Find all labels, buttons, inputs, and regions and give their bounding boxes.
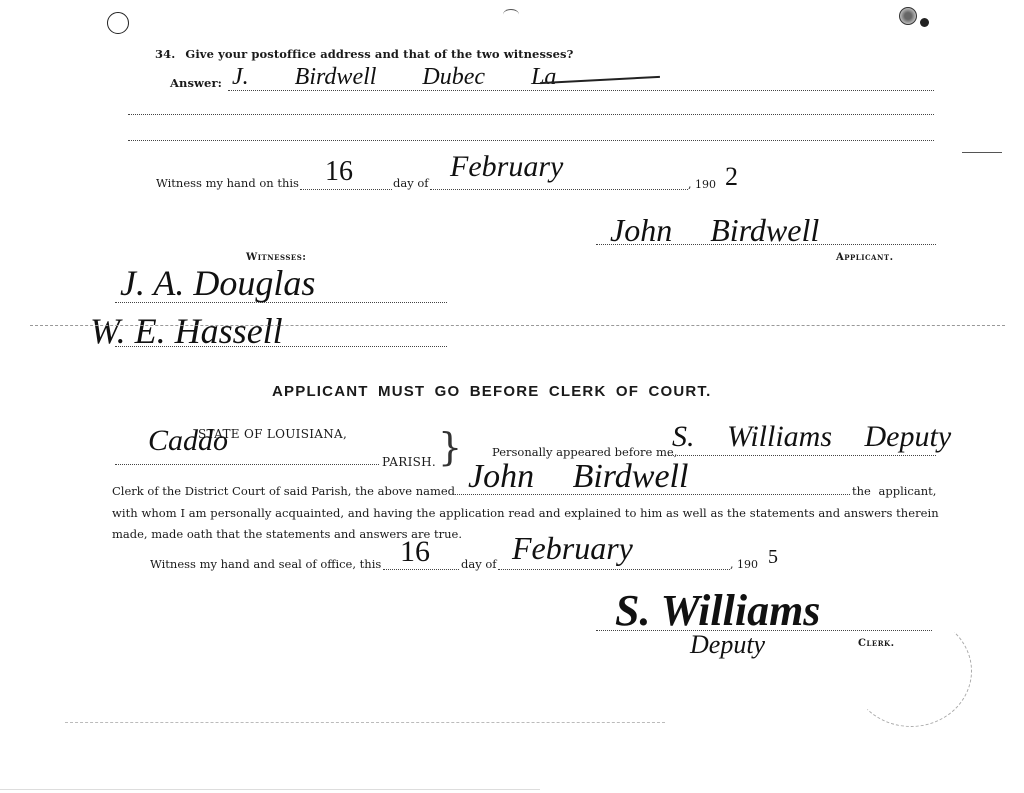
clerk-line-1-end: the applicant, bbox=[852, 484, 936, 498]
margin-mark bbox=[962, 152, 1002, 153]
applicant-year-suffix[interactable]: 2 bbox=[725, 162, 738, 192]
question-number: 34. bbox=[155, 47, 175, 61]
answer-line-2 bbox=[128, 114, 934, 115]
clerk-day-of-label: day of bbox=[461, 557, 497, 571]
clerk-day-line bbox=[383, 569, 459, 570]
applicant-year-prefix: , 190 bbox=[688, 178, 716, 191]
parish-line bbox=[115, 464, 379, 465]
applicant-name[interactable]: John Birdwell bbox=[468, 458, 688, 496]
applicant-day-line bbox=[300, 189, 392, 190]
stamp-mark bbox=[899, 7, 917, 25]
answer-label: Answer: bbox=[170, 76, 222, 90]
applicant-witness-prefix: Witness my hand on this bbox=[156, 176, 299, 190]
applicant-day[interactable]: 16 bbox=[325, 156, 353, 188]
question-34: 34. Give your postoffice address and tha… bbox=[155, 47, 573, 61]
official-name-line bbox=[668, 455, 936, 456]
clerk-line-1: Clerk of the District Court of said Pari… bbox=[112, 484, 455, 498]
answer-line-3 bbox=[128, 140, 934, 141]
appeared-before-label: Personally appeared before me, bbox=[492, 445, 677, 459]
perforation-line bbox=[30, 325, 1005, 326]
question-text: Give your postoffice address and that of… bbox=[185, 47, 573, 61]
bottom-edge bbox=[0, 789, 540, 790]
clerk-day[interactable]: 16 bbox=[400, 535, 430, 569]
applicant-month[interactable]: February bbox=[450, 150, 563, 184]
bottom-perforation-line bbox=[65, 722, 665, 723]
applicant-signature-line bbox=[596, 244, 936, 245]
answer-value[interactable]: J. Birdwell Dubec La bbox=[232, 64, 556, 91]
ink-arc-mark bbox=[503, 9, 519, 20]
clerk-signature-subtitle[interactable]: Deputy bbox=[690, 630, 765, 660]
clerk-year-suffix[interactable]: 5 bbox=[768, 546, 778, 569]
applicant-day-of-label: day of bbox=[393, 176, 429, 190]
applicant-month-line bbox=[430, 189, 688, 190]
parish-label: PARISH. bbox=[382, 455, 436, 469]
applicant-label: Applicant. bbox=[836, 252, 894, 263]
brace: } bbox=[438, 425, 462, 469]
punch-hole bbox=[107, 12, 129, 34]
answer-stroke bbox=[540, 76, 660, 84]
parish-value[interactable]: Caddo bbox=[148, 424, 228, 458]
section-heading: APPLICANT MUST GO BEFORE CLERK OF COURT. bbox=[272, 383, 712, 400]
official-name[interactable]: S. Williams Deputy bbox=[672, 420, 951, 454]
clerk-signature[interactable]: S. Williams bbox=[615, 585, 820, 636]
seal-impression bbox=[850, 615, 972, 727]
witness-signature-1[interactable]: J. A. Douglas bbox=[120, 262, 315, 304]
clerk-witness-prefix: Witness my hand and seal of office, this bbox=[150, 557, 381, 571]
clerk-month[interactable]: February bbox=[512, 530, 633, 567]
clerk-month-line bbox=[498, 569, 730, 570]
answer-line-1 bbox=[228, 90, 934, 91]
witness-signature-2[interactable]: W. E. Hassell bbox=[90, 310, 283, 352]
clerk-year-prefix: , 190 bbox=[730, 558, 758, 571]
clerk-line-2: with whom I am personally acquainted, an… bbox=[112, 506, 939, 520]
ink-blot bbox=[920, 18, 929, 27]
